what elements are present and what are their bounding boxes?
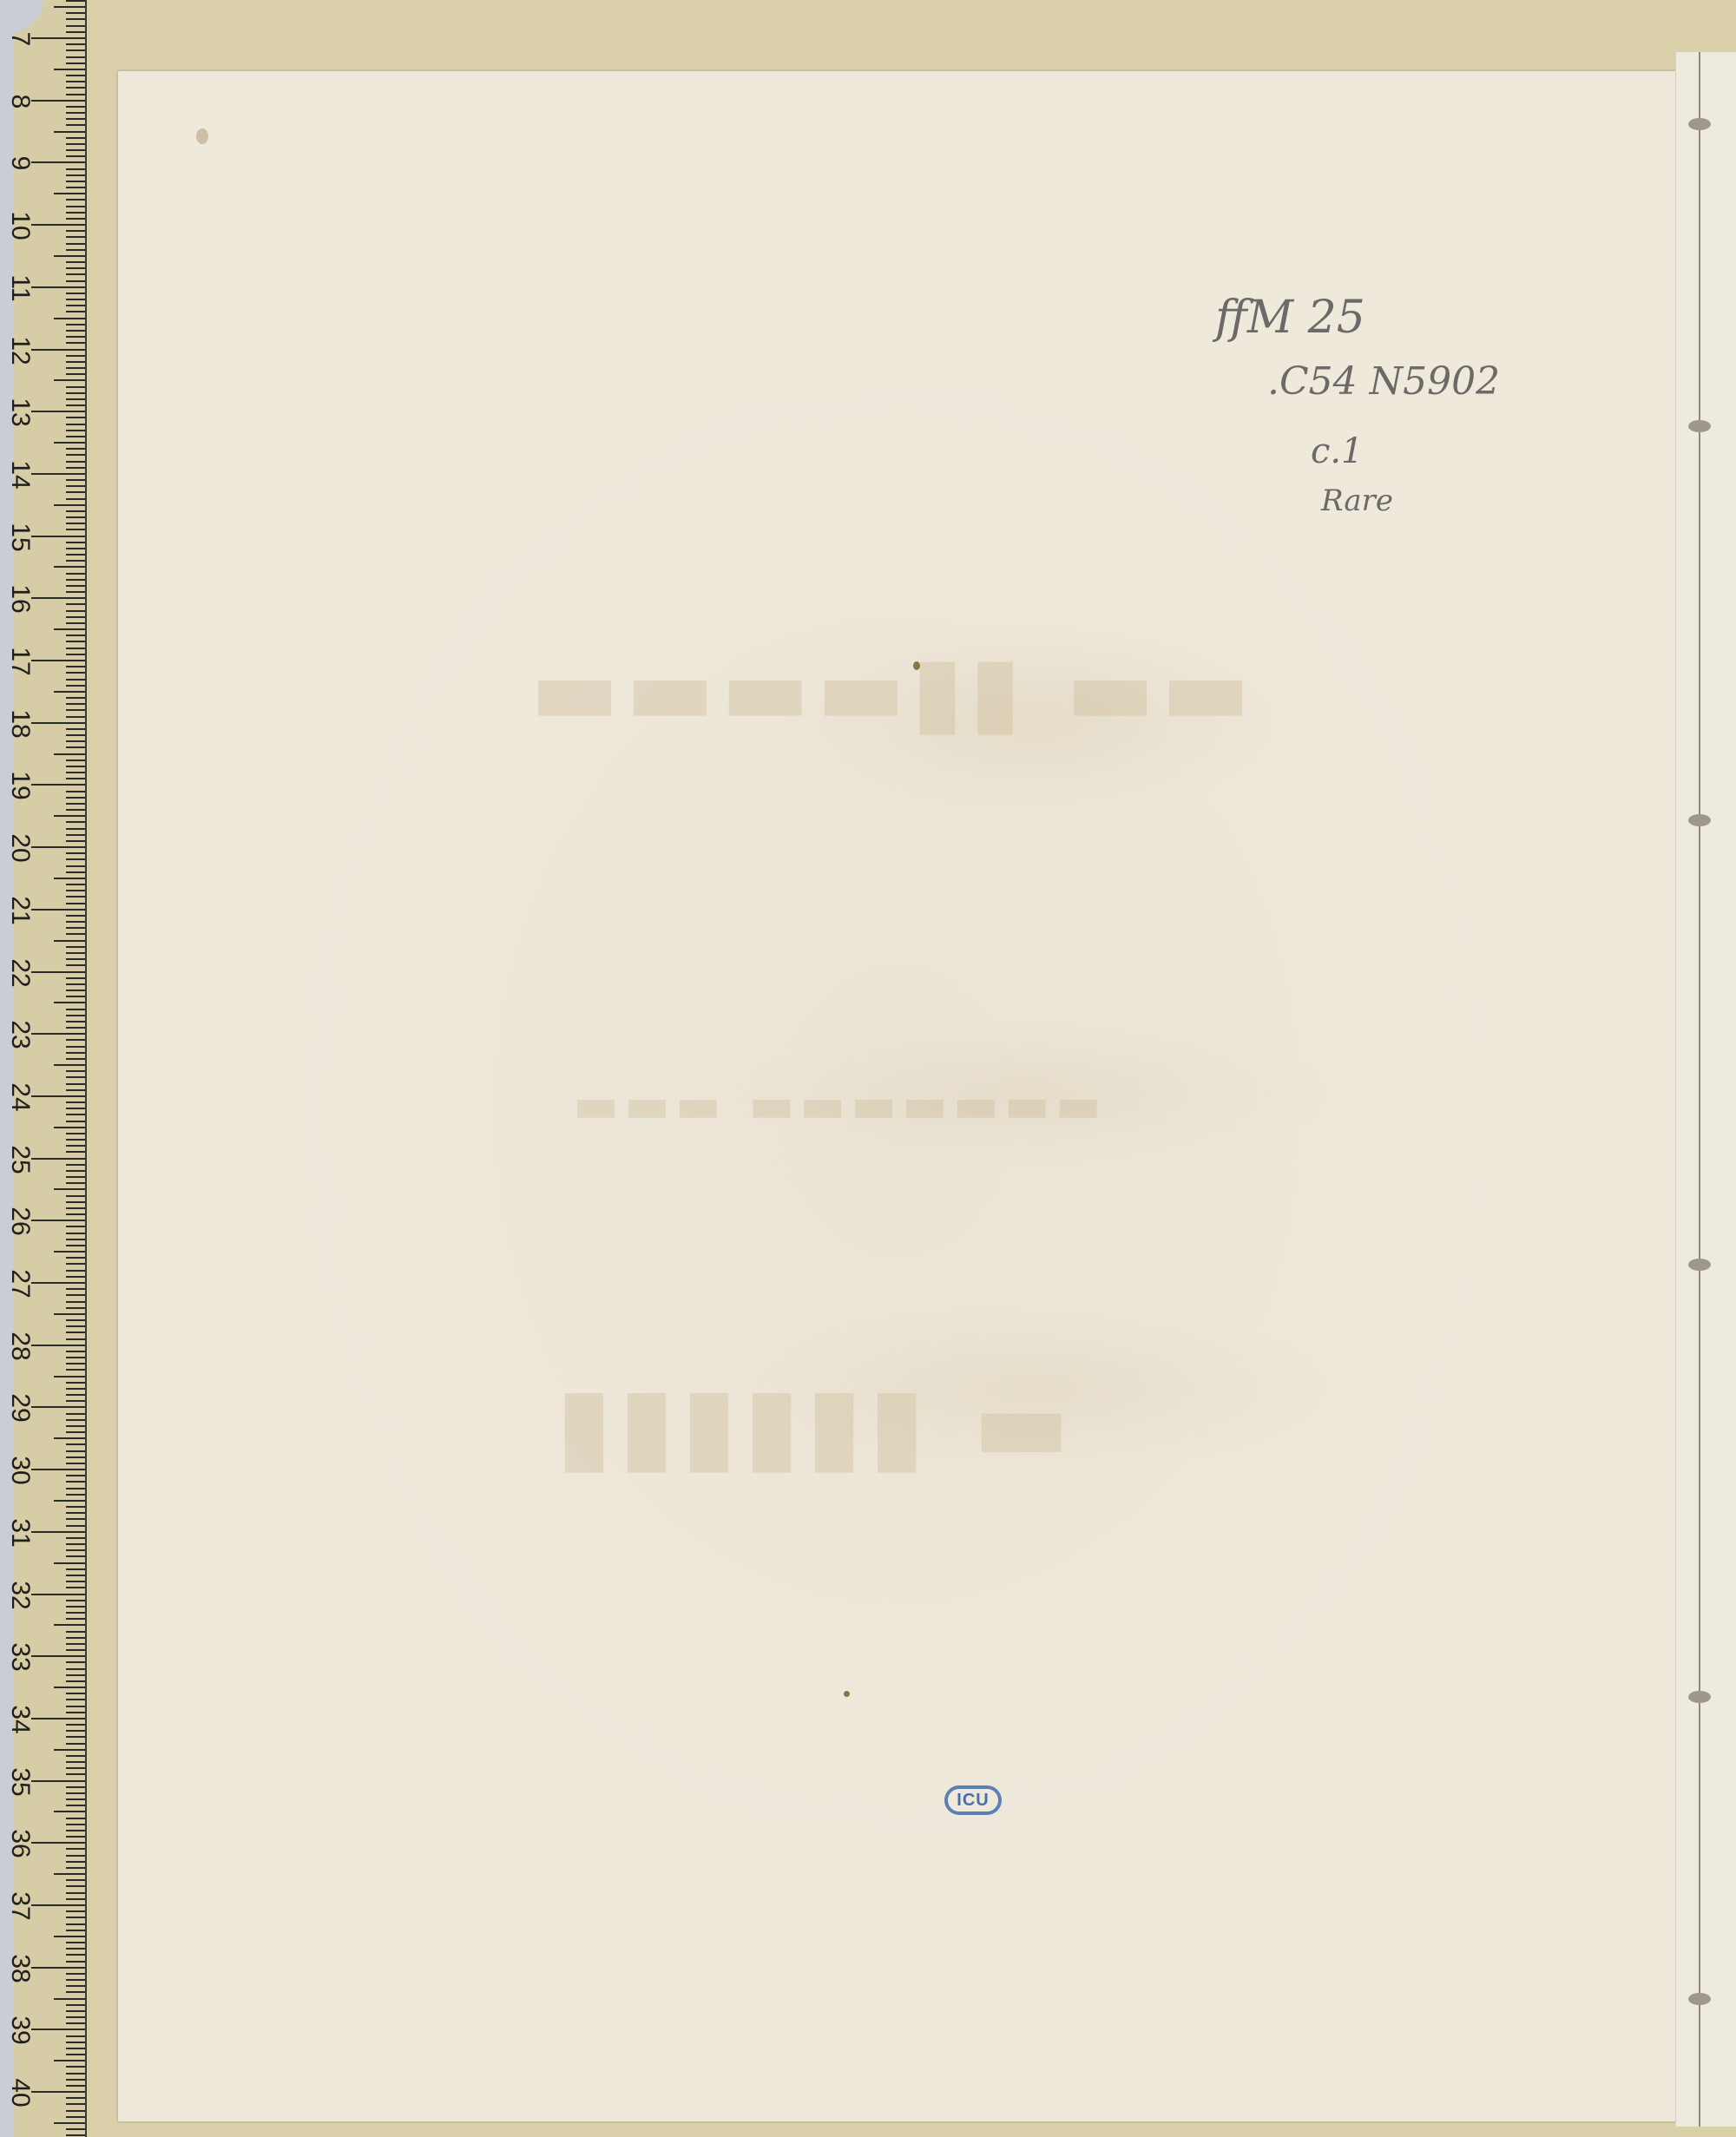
ruler-tick <box>66 579 85 581</box>
ruler-tick <box>66 461 85 463</box>
ruler-tick <box>66 672 85 674</box>
ruler-tick <box>54 1687 85 1688</box>
ruler-tick <box>66 361 85 363</box>
ruler-tick <box>31 473 85 475</box>
ruler-tick <box>66 903 85 904</box>
ruler-tick <box>54 1749 85 1751</box>
ruler-tick <box>66 2097 85 2099</box>
ruler-tick <box>66 43 85 45</box>
ruler-tick <box>66 1518 85 1520</box>
ruler-tick <box>66 417 85 418</box>
ruler-tick <box>66 155 85 157</box>
ruler-tick <box>66 324 85 325</box>
ruler-tick <box>66 821 85 823</box>
ruler-tick <box>66 1213 85 1215</box>
ruler-label: 13 <box>5 398 35 427</box>
ruler-tick <box>66 946 85 948</box>
ruler-tick <box>54 1936 85 1937</box>
ruler-tick <box>66 1481 85 1483</box>
ruler-tick <box>66 1836 85 1838</box>
ruler-tick <box>54 566 85 568</box>
ruler-tick <box>66 1108 85 1109</box>
ruler-tick <box>66 1917 85 1918</box>
ruler-tick <box>66 1643 85 1645</box>
ruler-tick <box>66 1930 85 1931</box>
ruler-label: 16 <box>5 584 35 614</box>
ruler-tick <box>66 261 85 263</box>
ruler-tick <box>66 12 85 14</box>
ruler-tick <box>66 2073 85 2075</box>
ruler-tick <box>66 1207 85 1209</box>
ruler-tick <box>66 1413 85 1415</box>
ruler-tick <box>66 273 85 275</box>
ruler-tick <box>66 610 85 612</box>
ruler-tick <box>66 1612 85 1614</box>
ruler-tick <box>66 1139 85 1141</box>
ruler-tick <box>66 1245 85 1246</box>
ruler-tick <box>66 174 85 176</box>
ruler-tick <box>66 1009 85 1010</box>
ruler-tick <box>66 1743 85 1745</box>
ruler-tick <box>54 1313 85 1315</box>
ruler-tick <box>66 1463 85 1464</box>
ruler-tick <box>66 1792 85 1794</box>
ruler-label: 37 <box>5 1891 35 1921</box>
ruler-tick <box>54 2122 85 2124</box>
ruler-tick <box>66 181 85 182</box>
ruler-tick <box>66 1512 85 1514</box>
ruler-tick <box>54 193 85 194</box>
ruler-tick <box>66 1450 85 1452</box>
ruler-tick <box>66 716 85 718</box>
ruler-tick <box>66 267 85 269</box>
ruler-tick <box>66 2066 85 2068</box>
ruler-tick <box>66 1637 85 1639</box>
binding-stitch <box>1688 1259 1711 1271</box>
ruler-tick <box>66 964 85 966</box>
ruler-label: 23 <box>5 1020 35 1049</box>
ruler-tick <box>66 2116 85 2118</box>
ruler-edge <box>0 0 14 2137</box>
ruler-tick <box>66 1730 85 1732</box>
ruler-tick <box>66 1363 85 1364</box>
ruler-tick <box>66 1543 85 1545</box>
ruler-tick <box>66 1263 85 1265</box>
ruler-tick <box>66 728 85 730</box>
ruler-tick <box>66 1239 85 1240</box>
ruler-tick <box>66 1456 85 1458</box>
ruler-tick <box>66 1052 85 1054</box>
call-number-line: ffM 25 <box>1215 295 1365 340</box>
ruler-tick <box>66 1369 85 1371</box>
ruler-tick <box>66 977 85 979</box>
ruler-tick <box>66 1195 85 1197</box>
ruler-tick <box>66 1182 85 1184</box>
ruler-tick <box>66 1226 85 1227</box>
ruler-tick <box>66 1892 85 1894</box>
ruler-tick <box>54 1064 85 1066</box>
ruler-tick <box>66 404 85 406</box>
ruler-tick <box>66 746 85 748</box>
ruler-tick <box>66 1046 85 1048</box>
ruler-tick <box>66 858 85 860</box>
ruler-tick <box>66 740 85 742</box>
ruler-tick <box>31 411 85 412</box>
ruler-label: 27 <box>5 1269 35 1299</box>
ruler-tick <box>66 2085 85 2087</box>
ruler-tick <box>66 1419 85 1421</box>
ruler-label: 35 <box>5 1767 35 1797</box>
ruler-tick <box>54 1376 85 1378</box>
ruler-tick <box>66 516 85 518</box>
ruler-tick <box>66 1058 85 1060</box>
ruler-tick <box>66 448 85 450</box>
ruler-tick <box>54 753 85 755</box>
ruler-tick <box>66 1301 85 1303</box>
ruler-tick <box>66 1431 85 1433</box>
ruler-tick <box>31 1967 85 1969</box>
ruler-tick <box>66 1724 85 1726</box>
foxing-spot <box>913 661 920 670</box>
ruler-tick <box>66 367 85 369</box>
ruler-tick <box>54 1998 85 2000</box>
ruler-tick <box>66 1712 85 1713</box>
bleed-through-subtitle: ▬▬▬▬▬▬▬ ▬▬▬ <box>568 1076 1101 1134</box>
ruler-tick <box>66 56 85 58</box>
ruler-tick <box>66 791 85 792</box>
ruler-tick <box>66 1848 85 1850</box>
ruler-tick <box>54 1188 85 1190</box>
ruler-tick <box>66 1985 85 1987</box>
ruler-tick <box>66 1755 85 1757</box>
ruler-tick <box>66 1600 85 1601</box>
measuring-ruler: 7891011121314151617181920212223242526272… <box>0 0 87 2137</box>
ruler-tick <box>66 616 85 618</box>
ruler-tick <box>66 1382 85 1384</box>
ruler-tick <box>66 1443 85 1445</box>
ruler-tick <box>54 6 85 8</box>
ruler-tick <box>66 840 85 842</box>
ruler-tick <box>31 1904 85 1906</box>
ruler-tick <box>66 1015 85 1016</box>
ruler-tick <box>66 890 85 891</box>
ruler-tick <box>66 1830 85 1831</box>
ruler-tick <box>66 2004 85 2006</box>
ruler-tick <box>66 330 85 332</box>
ruler-tick <box>66 622 85 624</box>
ruler-tick <box>66 87 85 89</box>
ruler-tick <box>66 49 85 51</box>
ruler-tick <box>66 915 85 917</box>
ruler-tick <box>66 560 85 562</box>
binding-stitch <box>1688 420 1711 432</box>
ruler-tick <box>66 398 85 400</box>
ruler-tick <box>31 846 85 848</box>
ruler-tick <box>66 18 85 20</box>
ruler-tick <box>66 1736 85 1738</box>
ruler-tick <box>31 722 85 724</box>
ruler-tick <box>66 62 85 64</box>
ruler-tick <box>66 1319 85 1321</box>
ruler-tick <box>31 1594 85 1595</box>
ruler-tick <box>54 1624 85 1626</box>
ruler-tick <box>54 504 85 506</box>
ruler-tick <box>66 491 85 493</box>
ruler-tick <box>66 149 85 151</box>
ruler-tick <box>54 1811 85 1812</box>
ruler-tick <box>66 1649 85 1651</box>
ruler-tick <box>66 280 85 282</box>
ruler-tick <box>66 1693 85 1694</box>
ruler-tick <box>66 896 85 898</box>
ruler-tick <box>66 1027 85 1029</box>
ruler-tick <box>66 958 85 960</box>
ruler-tick <box>66 1773 85 1775</box>
ruler-label: 33 <box>5 1642 35 1672</box>
ruler-tick <box>66 635 85 636</box>
ruler-tick <box>66 1506 85 1508</box>
ruler-label: 21 <box>5 896 35 925</box>
ruler-tick <box>66 697 85 699</box>
ruler-tick <box>66 436 85 437</box>
ruler-label: 24 <box>5 1082 35 1112</box>
ruler-tick <box>66 921 85 923</box>
ruler-tick <box>66 1133 85 1134</box>
ruler-label: 9 <box>5 148 35 178</box>
ruler-tick <box>66 1973 85 1975</box>
ruler-tick <box>66 1798 85 1800</box>
ruler-tick <box>66 990 85 991</box>
ruler-tick <box>66 1394 85 1396</box>
ruler-tick <box>54 69 85 70</box>
ruler-label: 20 <box>5 833 35 863</box>
ruler-tick <box>66 2134 85 2136</box>
ruler-label: 19 <box>5 771 35 800</box>
ruler-label: 39 <box>5 2015 35 2045</box>
ruler-tick <box>66 1568 85 1570</box>
ruler-tick <box>66 249 85 251</box>
ruler-tick <box>66 1824 85 1825</box>
ruler-tick <box>66 342 85 344</box>
ruler-tick <box>66 1170 85 1172</box>
ruler-tick <box>66 311 85 312</box>
ruler-tick <box>66 1307 85 1309</box>
ruler-tick <box>66 1070 85 1072</box>
ruler-tick <box>54 815 85 817</box>
ruler-label: 10 <box>5 211 35 240</box>
binding-stitch <box>1688 1993 1711 2005</box>
ruler-tick <box>54 940 85 942</box>
ruler-tick <box>31 1033 85 1035</box>
ruler-tick <box>31 1842 85 1844</box>
ruler-tick <box>66 1083 85 1085</box>
ruler-tick <box>66 355 85 357</box>
ruler-tick <box>66 983 85 985</box>
ruler-tick <box>66 187 85 188</box>
ruler-tick <box>66 952 85 954</box>
ruler-tick <box>66 467 85 469</box>
ruler-tick <box>31 224 85 226</box>
ruler-tick <box>54 1562 85 1564</box>
ruler-tick <box>66 1525 85 1527</box>
ruler-tick <box>66 0 85 2</box>
ruler-tick <box>54 2060 85 2061</box>
ruler-tick <box>31 1531 85 1533</box>
ruler-tick <box>66 666 85 667</box>
ruler-tick <box>54 1127 85 1128</box>
ruler-tick <box>31 1095 85 1097</box>
ruler-tick <box>66 392 85 394</box>
ruler-tick <box>66 25 85 27</box>
ruler-label: 8 <box>5 87 35 116</box>
ruler-tick <box>66 2022 85 2024</box>
ruler-label: 26 <box>5 1207 35 1236</box>
ruler-tick <box>31 286 85 288</box>
ruler-tick <box>66 1661 85 1663</box>
ruler-tick <box>54 1873 85 1875</box>
ruler-tick <box>66 1488 85 1489</box>
ruler-tick <box>66 1555 85 1557</box>
ruler-tick <box>66 168 85 170</box>
call-number-line: Rare <box>1321 486 1393 516</box>
bleed-through-title: ▬▬ ▮▮▬▬▬▬ <box>524 634 1251 746</box>
ruler-tick <box>66 2110 85 2112</box>
ruler-tick <box>54 1437 85 1439</box>
ruler-tick <box>66 206 85 207</box>
ruler-tick <box>66 479 85 481</box>
ruler-label: 32 <box>5 1581 35 1610</box>
ruler-tick <box>31 1345 85 1346</box>
ruler-tick <box>66 766 85 767</box>
ruler-tick <box>66 1991 85 1993</box>
call-number-line: c.1 <box>1311 434 1364 469</box>
ruler-tick <box>66 1475 85 1476</box>
ruler-tick <box>66 1114 85 1115</box>
ruler-tick <box>66 454 85 456</box>
ruler-tick <box>66 1537 85 1539</box>
ruler-tick <box>66 1581 85 1582</box>
ruler-tick <box>66 865 85 867</box>
ruler-tick <box>66 809 85 811</box>
ruler-tick <box>66 1674 85 1676</box>
ruler-tick <box>54 255 85 257</box>
ruler-tick <box>54 131 85 133</box>
ruler-label: 31 <box>5 1518 35 1548</box>
ruler-tick <box>66 106 85 108</box>
ruler-tick <box>66 1276 85 1278</box>
ruler-tick <box>31 597 85 599</box>
ruler-tick <box>66 1587 85 1588</box>
ruler-tick <box>66 143 85 145</box>
ruler-tick <box>66 1089 85 1091</box>
ruler-tick <box>31 1780 85 1782</box>
ruler-tick <box>66 1818 85 1819</box>
ruler-tick <box>66 709 85 711</box>
ruler-tick <box>31 1406 85 1408</box>
ruler-label: 36 <box>5 1829 35 1858</box>
ruler-tick <box>66 585 85 587</box>
ruler-tick <box>31 2029 85 2030</box>
ruler-tick <box>66 124 85 126</box>
ruler-tick <box>66 1351 85 1352</box>
binding-stitch <box>1688 1691 1711 1703</box>
ruler-tick <box>66 603 85 605</box>
ruler-tick <box>66 118 85 120</box>
binding-stitch <box>1688 118 1711 130</box>
ruler-tick <box>66 1294 85 1296</box>
ruler-tick <box>66 884 85 885</box>
ruler-label: 15 <box>5 523 35 552</box>
ruler-tick <box>66 996 85 997</box>
ruler-tick <box>66 336 85 338</box>
ruler-tick <box>66 31 85 33</box>
ruler-tick <box>66 1121 85 1122</box>
call-number-line: .C54 N5902 <box>1267 363 1500 401</box>
ruler-tick <box>66 1325 85 1327</box>
ruler-tick <box>66 871 85 873</box>
ruler-tick <box>66 81 85 82</box>
ruler-tick <box>31 349 85 351</box>
ruler-tick <box>66 654 85 655</box>
ruler-tick <box>31 660 85 661</box>
ruler-tick <box>66 803 85 805</box>
ruler-tick <box>66 1425 85 1427</box>
ruler-label: 34 <box>5 1705 35 1734</box>
ruler-tick <box>31 1220 85 1221</box>
ruler-label: 18 <box>5 709 35 739</box>
ruler-label: 29 <box>5 1393 35 1423</box>
ruler-tick <box>66 927 85 929</box>
ruler-tick <box>66 1549 85 1551</box>
ruler-tick <box>54 1002 85 1003</box>
ruler-tick <box>66 1680 85 1682</box>
ruler-tick <box>31 1718 85 1719</box>
ruler-tick <box>31 37 85 39</box>
ruler-tick <box>66 1338 85 1340</box>
ruler-tick <box>66 2016 85 2018</box>
ruler-tick <box>66 1388 85 1390</box>
ruler-tick <box>66 554 85 556</box>
ruler-tick <box>66 1494 85 1496</box>
library-stamp: ICU <box>944 1785 1002 1815</box>
ruler-tick <box>54 442 85 444</box>
ruler-tick <box>66 1706 85 1707</box>
ruler-tick <box>54 628 85 630</box>
ruler-tick <box>66 243 85 245</box>
ruler-tick <box>66 1942 85 1943</box>
ruler-tick <box>66 1575 85 1576</box>
ruler-tick <box>66 828 85 830</box>
ruler-tick <box>66 112 85 114</box>
ruler-tick <box>66 199 85 201</box>
ruler-tick <box>66 1164 85 1166</box>
ruler-label: 30 <box>5 1456 35 1485</box>
ruler-tick <box>66 759 85 761</box>
ruler-tick <box>66 212 85 214</box>
ruler-tick <box>66 75 85 76</box>
ruler-tick <box>66 1400 85 1402</box>
ruler-tick <box>66 1923 85 1925</box>
ruler-label: 38 <box>5 1954 35 1983</box>
ruler-tick <box>31 161 85 163</box>
ruler-tick <box>54 1500 85 1502</box>
ruler-tick <box>66 1201 85 1203</box>
ruler-tick <box>66 1867 85 1869</box>
bleed-through-author: ▬ ▮▮▮▮▮▮ <box>550 1363 1070 1485</box>
ruler-tick <box>66 1948 85 1950</box>
ruler-tick <box>31 1469 85 1470</box>
ruler-label: 12 <box>5 336 35 365</box>
